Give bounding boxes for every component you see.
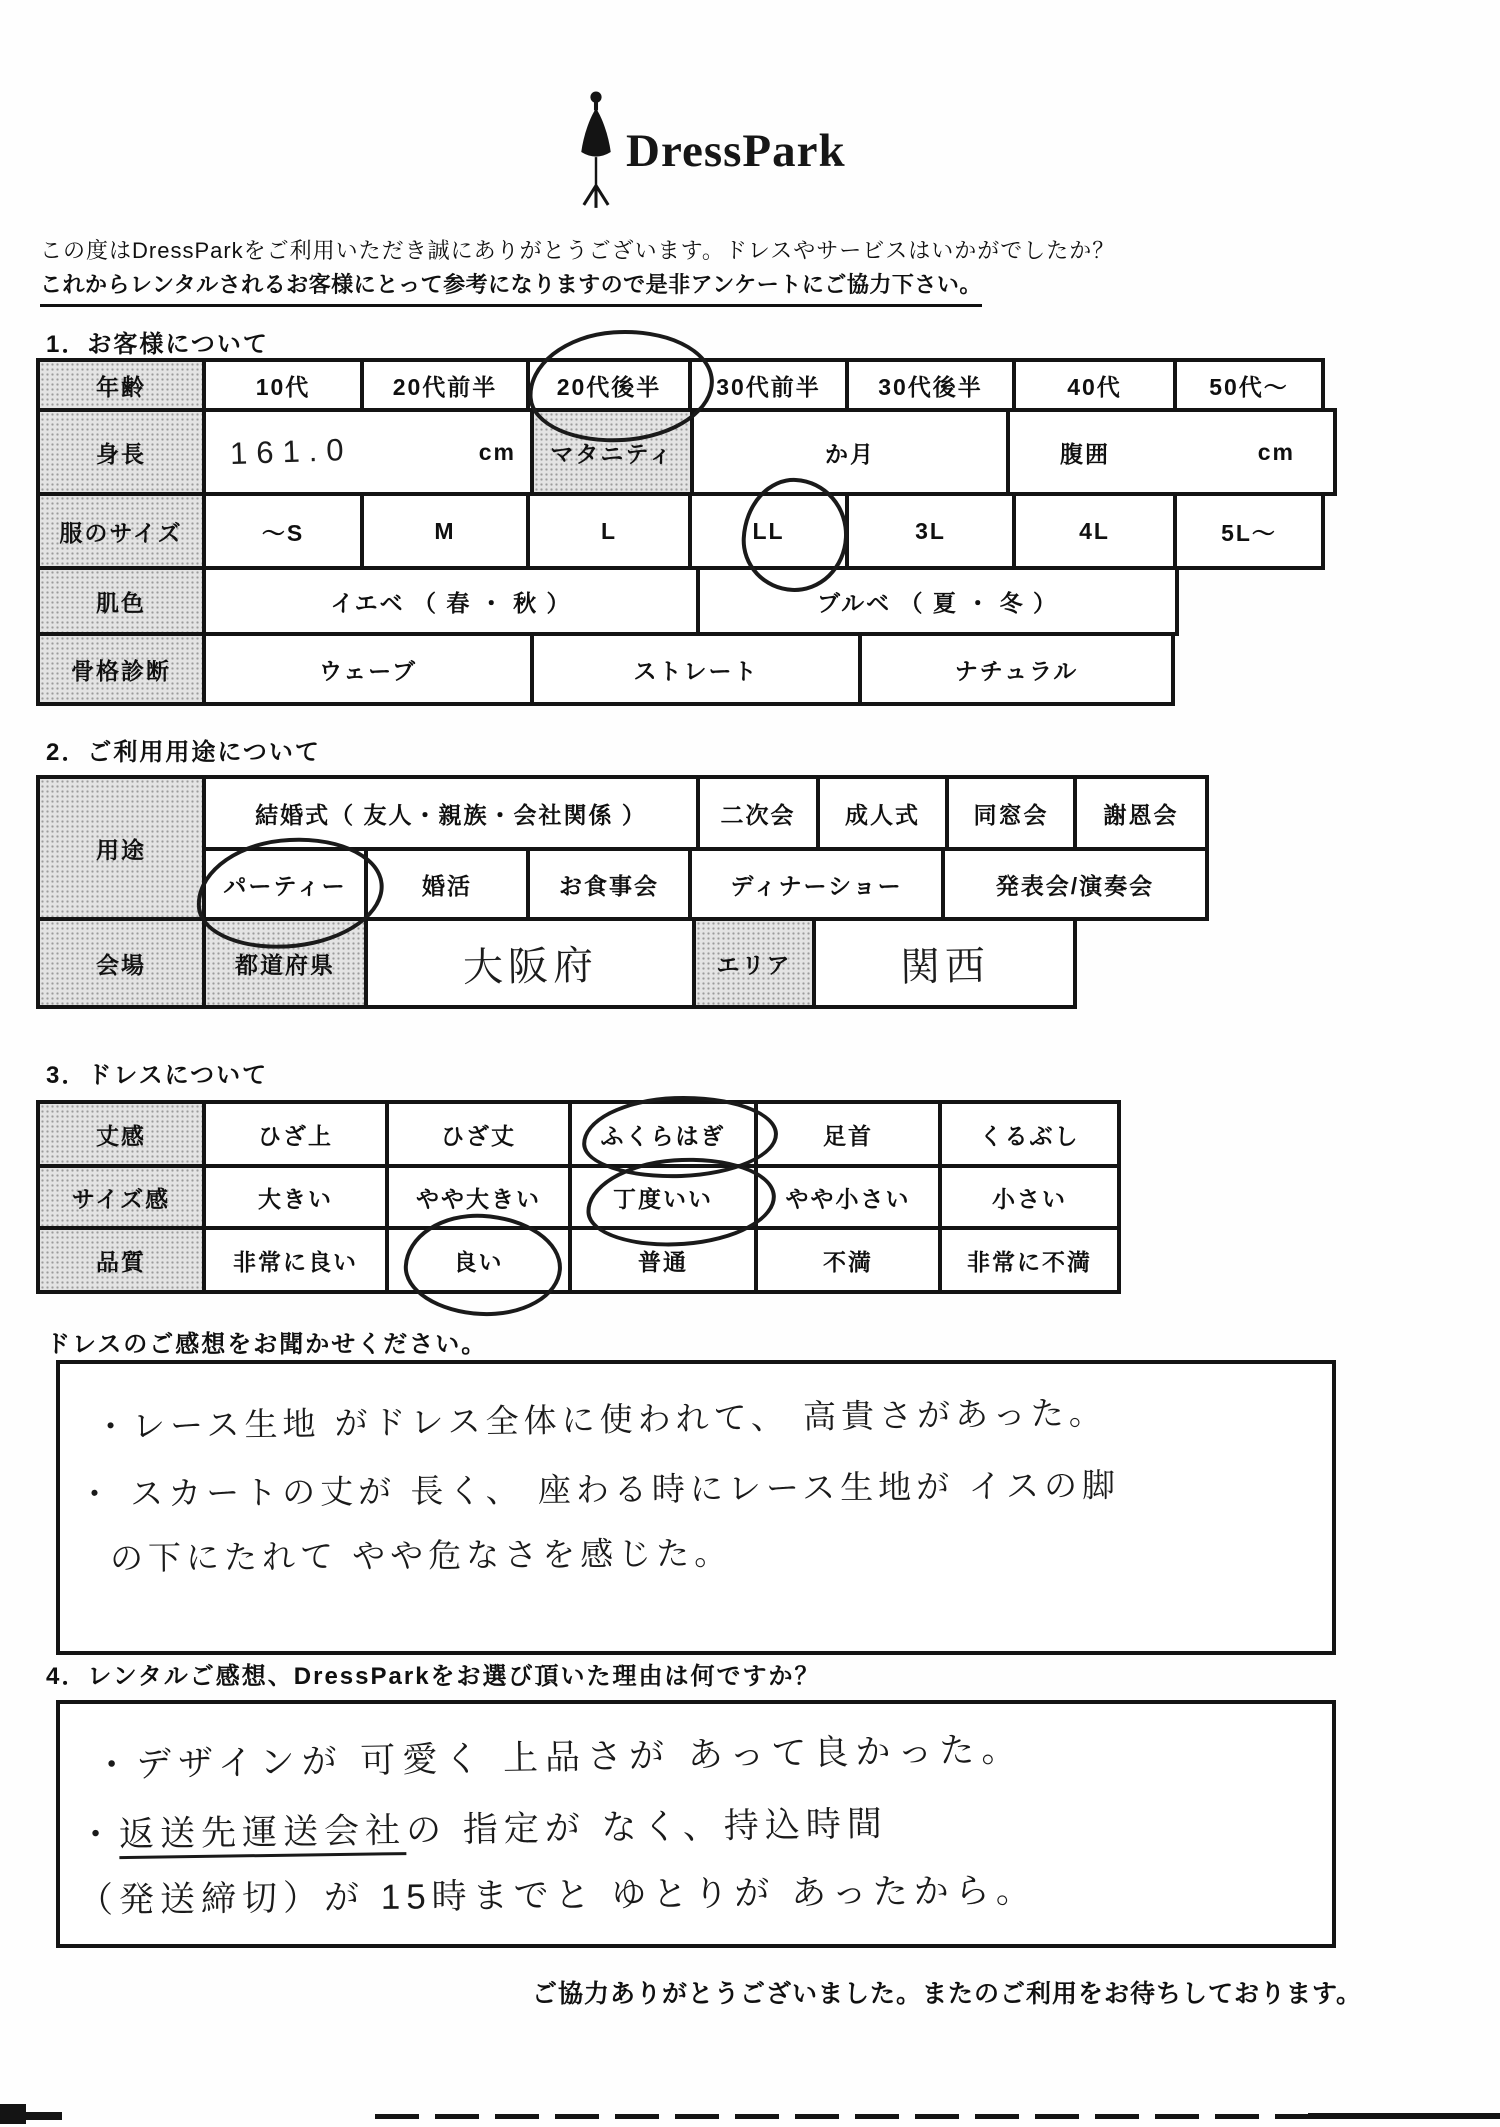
dress-feedback-line-3: の下にたれて やや危なさを感じた。 [110, 1527, 733, 1579]
size-option-4l: 4L [1012, 492, 1177, 570]
purpose-row-header: 用途 [36, 775, 206, 921]
quality-row: 品質 非常に良い 良い 普通 不満 非常に不満 [36, 1226, 1121, 1294]
frame-option-wave: ウェーブ [202, 632, 534, 706]
venue-row-header: 会場 [36, 917, 206, 1009]
height-handwritten-value: 161.0 [229, 432, 353, 472]
quality-row-header: 品質 [36, 1226, 206, 1294]
rental-feedback-line-2-bullet: ・ [78, 1815, 120, 1855]
maternity-months-cell: か月 [690, 408, 1010, 496]
rental-feedback-line-2-rest: の 指定が なく、持込時間 [406, 1804, 888, 1850]
size-option-l: L [526, 492, 692, 570]
dress-form-icon [574, 90, 618, 212]
area-label: エリア [692, 917, 816, 1009]
survey-scan-page: DressPark この度はDressParkをご利用いただき誠にありがとうござ… [0, 0, 1500, 2127]
intro-text: この度はDressParkをご利用いただき誠にありがとうございます。ドレスやサー… [40, 234, 1115, 265]
fit-row: サイズ感 大きい やや大きい 丁度いい やや小さい 小さい [36, 1164, 1121, 1230]
frame-diagnosis-row: 骨格診断 ウェーブ ストレート ナチュラル [36, 632, 1337, 706]
size-option-3l: 3L [845, 492, 1016, 570]
fit-option-large: 大きい [202, 1164, 389, 1230]
size-option-m: M [360, 492, 530, 570]
age-option-30s-late: 30代後半 [845, 358, 1016, 412]
brand-name: DressPark [626, 124, 846, 178]
prefecture-value-cell: 大阪府 [364, 917, 696, 1009]
height-unit-label: cm [479, 439, 516, 466]
quality-option-very-good: 非常に良い [202, 1226, 389, 1294]
waist-label: 腹囲 [1060, 436, 1110, 469]
size-option-5l: 5L～ [1173, 492, 1325, 570]
purpose-row-1: 結婚式（ 友人・親族・会社関係 ） 二次会 成人式 同窓会 謝恩会 [202, 775, 1209, 851]
intro-emphasis-text: これからレンタルされるお客様にとって参考になりますので是非アンケートにご協力下さ… [40, 268, 982, 307]
dress-feedback-line-1: ・レース生地 がドレス全体に使われて、 高貴さがあった。 [94, 1387, 1107, 1448]
purpose-option-thanks-party: 謝恩会 [1073, 775, 1209, 851]
dress-table: 丈感 ひざ上 ひざ丈 ふくらはぎ 足首 くるぶし サイズ感 大きい やや大きい … [36, 1100, 1121, 1294]
footer-thanks-text: ご協力ありがとうございました。またのご利用をお待ちしております。 [532, 1974, 1362, 2010]
age-option-20s-early: 20代前半 [360, 358, 530, 412]
purpose-option-coming-of-age: 成人式 [816, 775, 949, 851]
length-option-above-knee: ひざ上 [202, 1100, 389, 1168]
scan-artifact-solid-line [1308, 2113, 1500, 2119]
rental-feedback-line-1: ・デザインが 可愛く 上品さが あって良かった。 [94, 1722, 1024, 1788]
fit-option-small: 小さい [938, 1164, 1121, 1230]
age-row-header: 年齢 [36, 358, 206, 412]
length-option-ankle: 足首 [754, 1100, 942, 1168]
frame-option-straight: ストレート [530, 632, 862, 706]
section3-title: 3．ドレスについて [46, 1055, 268, 1090]
purpose-option-dinner-party: お食事会 [526, 847, 692, 921]
age-option-50s: 50代～ [1173, 358, 1325, 412]
purpose-option-recital: 発表会/演奏会 [941, 847, 1209, 921]
rental-feedback-box: ・デザインが 可愛く 上品さが あって良かった。 ・返送先運送会社の 指定が な… [56, 1700, 1336, 1948]
dress-feedback-line-2: ・ スカートの丈が 長く、 座わる時にレース生地が イスの脚 [78, 1459, 1120, 1515]
height-value-cell: 161.0 cm [202, 408, 534, 496]
dress-feedback-box: ・レース生地 がドレス全体に使われて、 高貴さがあった。 ・ スカートの丈が 長… [56, 1360, 1336, 1655]
fit-option-slightly-small: やや小さい [754, 1164, 942, 1230]
section4-title: 4．レンタルご感想、DressParkをお選び頂いた理由は何ですか？ [46, 1656, 821, 1691]
dress-feedback-label: ドレスのご感想をお聞かせください。 [46, 1324, 487, 1359]
frame-row-header: 骨格診断 [36, 632, 206, 706]
frame-option-natural: ナチュラル [858, 632, 1175, 706]
length-option-anklebone: くるぶし [938, 1100, 1121, 1168]
quality-option-very-dissatisfied: 非常に不満 [938, 1226, 1121, 1294]
section1-title: 1．お客様について [46, 324, 269, 359]
purpose-option-dinner-show: ディナーショー [688, 847, 945, 921]
rental-feedback-line-2: ・返送先運送会社の 指定が なく、持込時間 [78, 1796, 888, 1857]
scan-artifact-blob-2 [0, 2112, 62, 2120]
quality-option-dissatisfied: 不満 [754, 1226, 942, 1294]
skin-row-header: 肌色 [36, 566, 206, 636]
prefecture-handwritten-value: 大阪府 [462, 933, 598, 992]
clothing-size-row: 服のサイズ ～S M L LL 3L 4L 5L～ [36, 492, 1337, 570]
waist-cell: 腹囲 cm [1006, 408, 1337, 496]
rental-feedback-line-2-underlined: 返送先運送会社 [119, 1811, 407, 1859]
skin-tone-row: 肌色 イエベ （ 春 ・ 秋 ） ブルベ （ 夏 ・ 冬 ） [36, 566, 1337, 636]
age-option-40s: 40代 [1012, 358, 1177, 412]
section2-title: 2．ご利用用途について [46, 732, 321, 767]
skin-option-yellow-base: イエベ （ 春 ・ 秋 ） [202, 566, 700, 636]
waist-unit-label: cm [1258, 439, 1295, 466]
age-option-10s: 10代 [202, 358, 364, 412]
area-value-cell: 関西 [812, 917, 1077, 1009]
purpose-option-reunion: 同窓会 [945, 775, 1077, 851]
brand-logo: DressPark [574, 90, 846, 212]
height-row-header: 身長 [36, 408, 206, 496]
size-option-s: ～S [202, 492, 364, 570]
length-row: 丈感 ひざ上 ひざ丈 ふくらはぎ 足首 くるぶし [36, 1100, 1121, 1168]
fit-row-header: サイズ感 [36, 1164, 206, 1230]
purpose-option-matchmaking: 婚活 [364, 847, 530, 921]
rental-feedback-line-3: （発送締切）が 15時までと ゆとりが あったから。 [78, 1863, 1037, 1923]
size-row-header: 服のサイズ [36, 492, 206, 570]
length-option-knee: ひざ丈 [385, 1100, 572, 1168]
length-row-header: 丈感 [36, 1100, 206, 1168]
area-handwritten-value: 関西 [899, 934, 990, 993]
purpose-option-afterparty: 二次会 [696, 775, 820, 851]
scan-artifact-dashed-line [375, 2114, 1310, 2119]
